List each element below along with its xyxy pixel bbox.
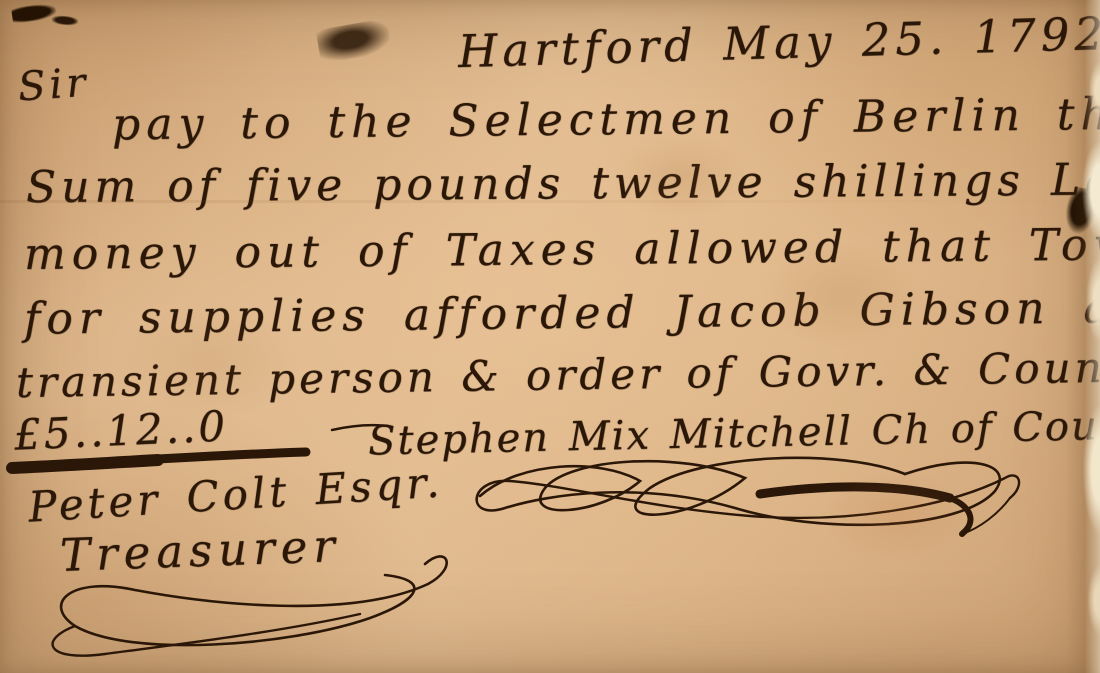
place-date-line: Hartford May 25. 1792 — [457, 7, 1100, 78]
salutation-line: Sir — [16, 60, 90, 111]
signature-flourish — [450, 436, 1030, 546]
body-line-2: Sum of five pounds twelve shillings Lawf… — [26, 154, 1100, 213]
body-line-5: transient person & order of Govr. & Coun… — [16, 342, 1100, 407]
treasurer-flourish — [30, 542, 460, 667]
amount-underline — [8, 444, 318, 478]
signature-lead-stroke — [330, 420, 390, 434]
ink-smudge-date — [316, 18, 393, 64]
document-paper: Hartford May 25. 1792 Sir pay to the Sel… — [0, 0, 1100, 673]
torn-right-edge — [1066, 0, 1100, 673]
body-line-4: for supplies afforded Jacob Gibson a — [24, 282, 1100, 344]
ink-blot-top-left-2 — [52, 15, 79, 26]
body-line-3: money out of Taxes allowed that Town — [24, 219, 1100, 280]
ink-blot-top-left — [11, 2, 57, 24]
body-line-1: pay to the Selectmen of Berlin the — [112, 89, 1100, 151]
